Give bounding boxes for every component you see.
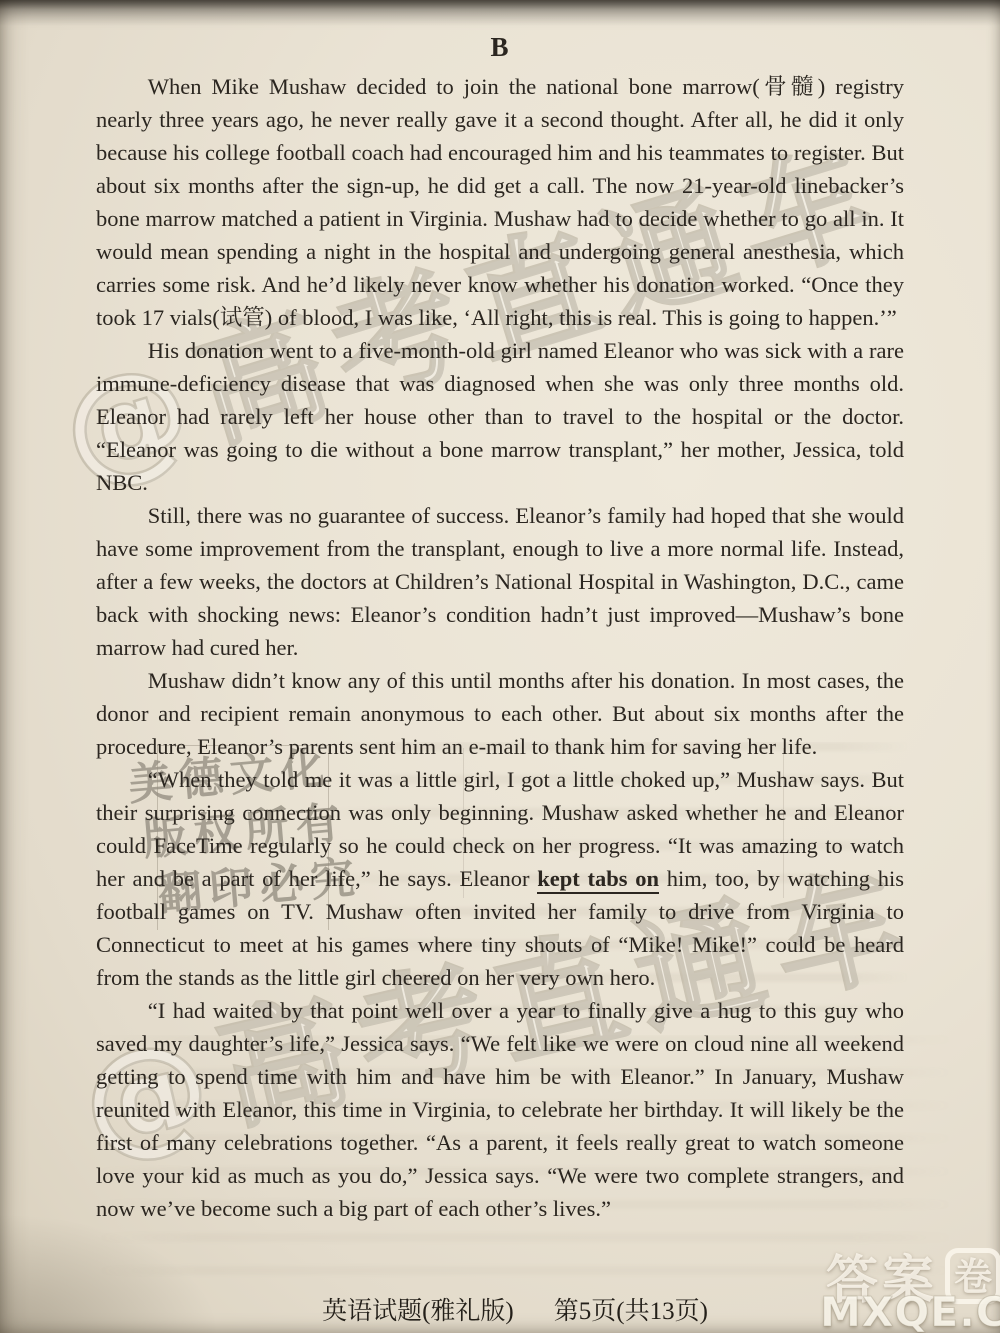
scan-top-shadow bbox=[0, 0, 1000, 26]
footer-paper-title: 英语试题(雅礼版) bbox=[322, 1298, 514, 1325]
scanned-exam-page: @高考直通车 @高考直通车 美德文化 版权所有 翻印必究 B When Mike… bbox=[0, 0, 1000, 1333]
reading-passage: When Mike Mushaw decided to join the nat… bbox=[96, 70, 904, 1225]
paragraph-2: His donation went to a five-month-old gi… bbox=[96, 334, 904, 499]
footer-page-number: 第5页(共13页) bbox=[554, 1298, 708, 1325]
underlined-phrase-kept-tabs-on: kept tabs on bbox=[537, 866, 659, 894]
paragraph-3: Still, there was no guarantee of success… bbox=[96, 499, 904, 664]
paragraph-5: “When they told me it was a little girl,… bbox=[96, 763, 904, 994]
paragraph-4: Mushaw didn’t know any of this until mon… bbox=[96, 664, 904, 763]
paragraph-1: When Mike Mushaw decided to join the nat… bbox=[96, 70, 904, 334]
section-label: B bbox=[0, 32, 1000, 63]
paragraph-6: “I had waited by that point well over a … bbox=[96, 994, 904, 1225]
answer-site-url-watermark: MXQE.COM bbox=[820, 1288, 1000, 1333]
